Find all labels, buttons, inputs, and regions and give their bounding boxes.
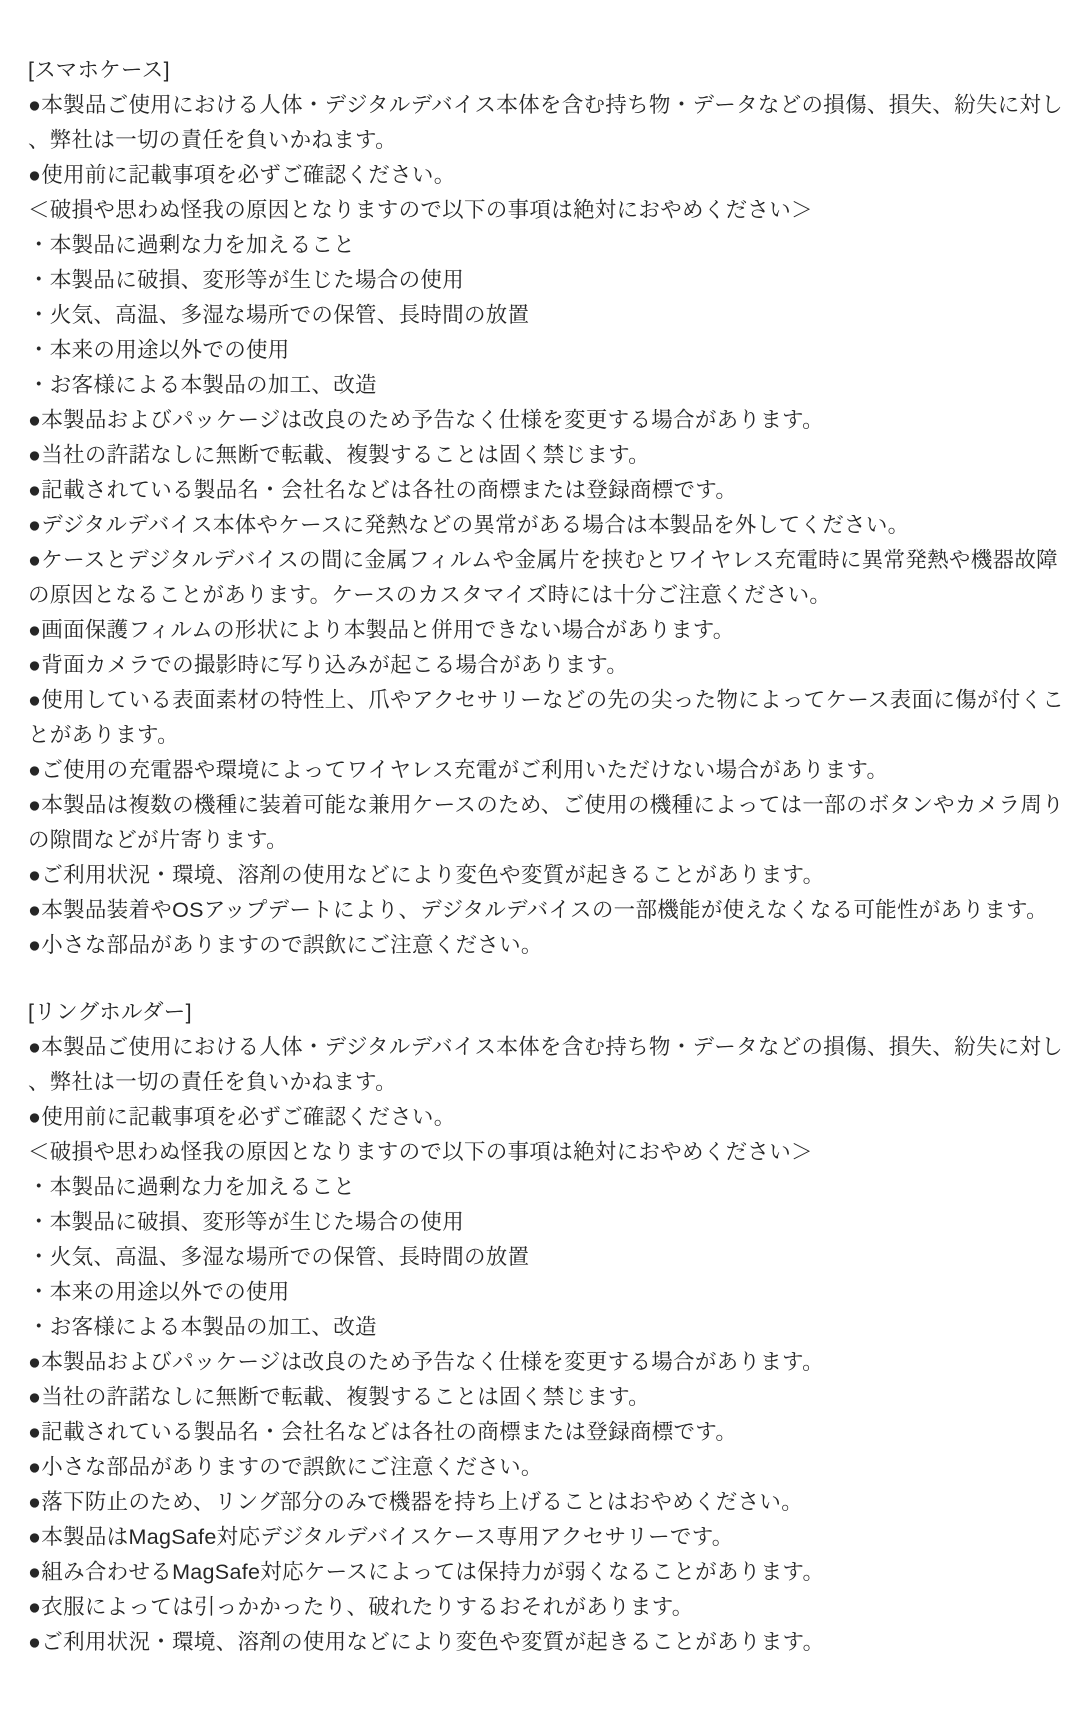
notice-item: ●小さな部品がありますので誤飲にご注意ください。 [28, 928, 1074, 963]
notice-item: ●落下防止のため、リング部分のみで機器を持ち上げることはおやめください。 [28, 1485, 1074, 1520]
notice-item: ・本製品に過剰な力を加えること [28, 228, 1074, 263]
notice-item: ●画面保護フィルムの形状により本製品と併用できない場合があります。 [28, 613, 1074, 648]
notice-item: ●本製品装着やOSアップデートにより、デジタルデバイスの一部機能が使えなくなる可… [28, 893, 1074, 928]
notice-item: ＜破損や思わぬ怪我の原因となりますので以下の事項は絶対におやめください＞ [28, 193, 1074, 228]
notice-item: ●記載されている製品名・会社名などは各社の商標または登録商標です。 [28, 1415, 1074, 1450]
notice-item: ・本製品に破損、変形等が生じた場合の使用 [28, 263, 1074, 298]
notice-item: ●使用前に記載事項を必ずご確認ください。 [28, 1100, 1074, 1135]
section-ring-holder: [リングホルダー]●本製品ご使用における人体・デジタルデバイス本体を含む持ち物・… [28, 995, 1074, 1660]
notice-item: ●使用している表面素材の特性上、爪やアクセサリーなどの先の尖った物によってケース… [28, 683, 1074, 753]
notice-item: ●本製品およびパッケージは改良のため予告なく仕様を変更する場合があります。 [28, 1345, 1074, 1380]
notice-item: ●小さな部品がありますので誤飲にご注意ください。 [28, 1450, 1074, 1485]
notice-item: ●ご使用の充電器や環境によってワイヤレス充電がご利用いただけない場合があります。 [28, 753, 1074, 788]
notice-item: ・本製品に過剰な力を加えること [28, 1170, 1074, 1205]
notice-item: ・本来の用途以外での使用 [28, 1275, 1074, 1310]
notice-item: ・火気、高温、多湿な場所での保管、長時間の放置 [28, 298, 1074, 333]
notice-item: ●使用前に記載事項を必ずご確認ください。 [28, 158, 1074, 193]
notice-item: ●ご利用状況・環境、溶剤の使用などにより変色や変質が起きることがあります。 [28, 858, 1074, 893]
notice-item: ・お客様による本製品の加工、改造 [28, 1310, 1074, 1345]
notice-item: ●背面カメラでの撮影時に写り込みが起こる場合があります。 [28, 648, 1074, 683]
notice-item: ●記載されている製品名・会社名などは各社の商標または登録商標です。 [28, 473, 1074, 508]
section-heading: [スマホケース] [28, 53, 1074, 88]
notice-item: ●本製品はMagSafe対応デジタルデバイスケース専用アクセサリーです。 [28, 1520, 1074, 1555]
product-notice-document: [スマホケース]●本製品ご使用における人体・デジタルデバイス本体を含む持ち物・デ… [0, 0, 1080, 1700]
notice-item: ●本製品ご使用における人体・デジタルデバイス本体を含む持ち物・データなどの損傷、… [28, 1030, 1074, 1100]
notice-item: ・本来の用途以外での使用 [28, 333, 1074, 368]
notice-item: ●当社の許諾なしに無断で転載、複製することは固く禁じます。 [28, 1380, 1074, 1415]
notice-item: ・お客様による本製品の加工、改造 [28, 368, 1074, 403]
section-heading: [リングホルダー] [28, 995, 1074, 1030]
notice-item: ●デジタルデバイス本体やケースに発熱などの異常がある場合は本製品を外してください… [28, 508, 1074, 543]
notice-item: ●当社の許諾なしに無断で転載、複製することは固く禁じます。 [28, 438, 1074, 473]
notice-item: ●組み合わせるMagSafe対応ケースによっては保持力が弱くなることがあります。 [28, 1555, 1074, 1590]
notice-item: ●本製品ご使用における人体・デジタルデバイス本体を含む持ち物・データなどの損傷、… [28, 88, 1074, 158]
notice-item: ●衣服によっては引っかかったり、破れたりするおそれがあります。 [28, 1590, 1074, 1625]
notice-item: ・火気、高温、多湿な場所での保管、長時間の放置 [28, 1240, 1074, 1275]
notice-item: ●本製品およびパッケージは改良のため予告なく仕様を変更する場合があります。 [28, 403, 1074, 438]
notice-item: ●本製品は複数の機種に装着可能な兼用ケースのため、ご使用の機種によっては一部のボ… [28, 788, 1074, 858]
notice-item: ＜破損や思わぬ怪我の原因となりますので以下の事項は絶対におやめください＞ [28, 1135, 1074, 1170]
section-smartphone-case: [スマホケース]●本製品ご使用における人体・デジタルデバイス本体を含む持ち物・デ… [28, 53, 1074, 963]
notice-item: ・本製品に破損、変形等が生じた場合の使用 [28, 1205, 1074, 1240]
notice-item: ●ご利用状況・環境、溶剤の使用などにより変色や変質が起きることがあります。 [28, 1625, 1074, 1660]
notice-item: ●ケースとデジタルデバイスの間に金属フィルムや金属片を挟むとワイヤレス充電時に異… [28, 543, 1074, 613]
